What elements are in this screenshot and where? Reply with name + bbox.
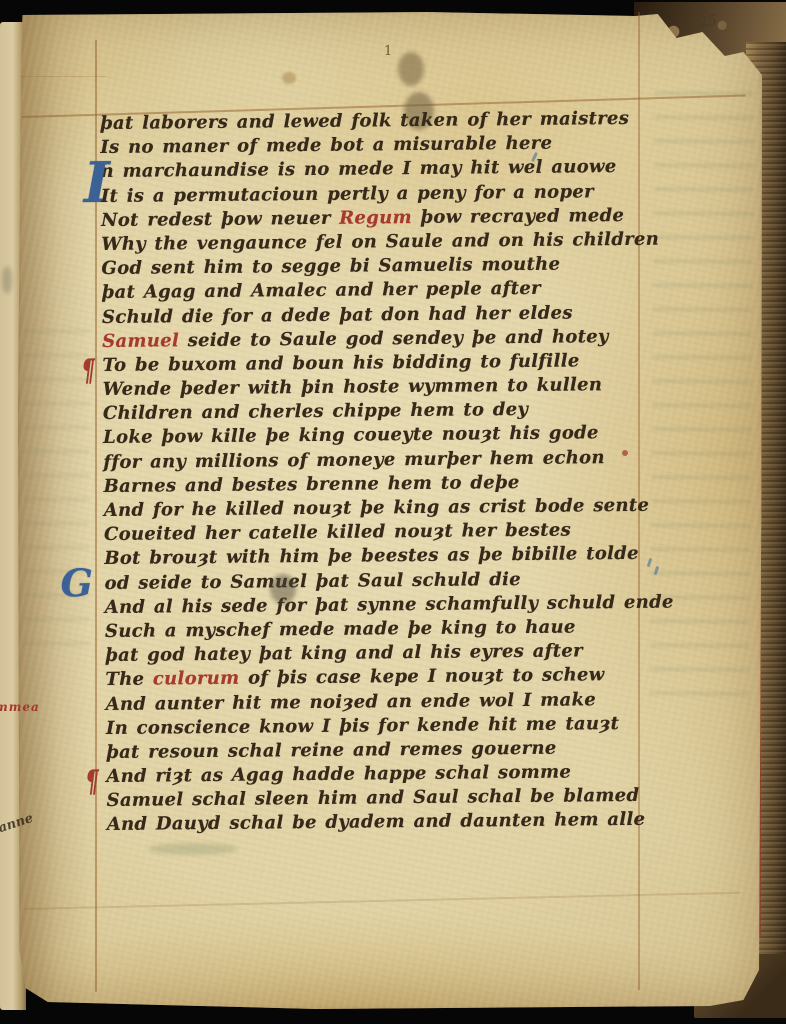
verse-text: Loke þow kille þe king coueyte nouȝt his… [103, 423, 599, 449]
verse-text: To be buxom and boun his bidding to fulf… [102, 350, 579, 376]
verse-text: Coueited her catelle killed nouȝt her be… [104, 520, 571, 545]
verse-text: And aunter hit me noiȝed an ende wol I m… [106, 689, 597, 715]
verse-text: And al his sede for þat synne schamfully… [105, 591, 674, 617]
verse-text: ffor any millions of moneye murþer hem e… [103, 447, 605, 473]
verse-text: of þis case kepe I nouȝt to schew [239, 664, 604, 689]
verse-text: þat god hatey þat king and al his eyres … [105, 641, 583, 667]
leaf-mark: 1 [384, 44, 392, 59]
verse-text: And Dauyd schal be dyadem and daunten he… [107, 809, 646, 835]
verse-text: Children and cherles chippe hem to dey [103, 399, 529, 424]
verse-text: God sent him to segge bi Samuelis mouthe [101, 254, 560, 279]
paraph-mark: ¶ [85, 764, 99, 799]
stain [282, 72, 296, 84]
verse-text: Why the vengaunce fel on Saule and on hi… [101, 229, 659, 255]
stain [148, 843, 238, 855]
verse-text: And for he killed nouȝt þe king as crist… [104, 495, 650, 521]
folio-number: 25 [698, 13, 718, 32]
paraph-mark: ¶ [81, 353, 95, 388]
verse-text: Wende þeder with þin hoste wymmen to kul… [103, 374, 603, 400]
verse-text: Is no maner of mede bot a misurable here [100, 133, 552, 158]
rubric-word: Samuel [102, 330, 179, 352]
rubric-word: culorum [153, 668, 240, 690]
verse-text: The [105, 669, 153, 690]
verse-text: Samuel schal sleen him and Saul schal be… [107, 785, 640, 811]
verse-text: þat resoun schal reine and remes gouerne [106, 738, 557, 763]
illuminated-initial: G [60, 564, 93, 602]
verse-text: Such a myschef mede made þe king to haue [105, 616, 576, 642]
ruling-line-horizontal-top-short [20, 76, 106, 77]
stain [2, 266, 12, 294]
verse-text: þat Agag and Amalec and her peple after [102, 278, 541, 303]
text-block: þat laborers and lewed folk taken of her… [100, 107, 676, 838]
verse-text: od seide to Samuel þat Saul schuld die [104, 569, 521, 594]
manuscript-photo-scene: 25 1 mmea anne þat laborers and lewed fo… [0, 0, 786, 1024]
rubric-word: Regum [339, 207, 412, 229]
verse-text: Barnes and bestes brenne hem to deþe [103, 472, 519, 497]
verse-text: Not redest þow neuer [101, 207, 339, 230]
verse-text: þat laborers and lewed folk taken of her… [100, 108, 629, 134]
verse-text: Schuld die for a dede þat don had her el… [102, 302, 573, 328]
verse-text: It is a permutacioun pertly a peny for a… [101, 181, 594, 207]
verse-text: seide to Saule god sendey þe and hotey [179, 326, 609, 351]
verse-text: þow recrayed mede [412, 205, 625, 228]
verse-text: In conscience know I þis for kende hit m… [106, 713, 619, 739]
verse-text: Bot brouȝt with him þe beestes as þe bib… [104, 543, 639, 569]
stain [398, 52, 424, 86]
stain [270, 574, 296, 604]
verse-text: n marchaundise is no mede I may hit wel … [100, 156, 616, 182]
facing-page-fragment-red: mmea [0, 700, 40, 714]
verse-text: And riȝt as Agag hadde happe schal somme [106, 762, 571, 787]
